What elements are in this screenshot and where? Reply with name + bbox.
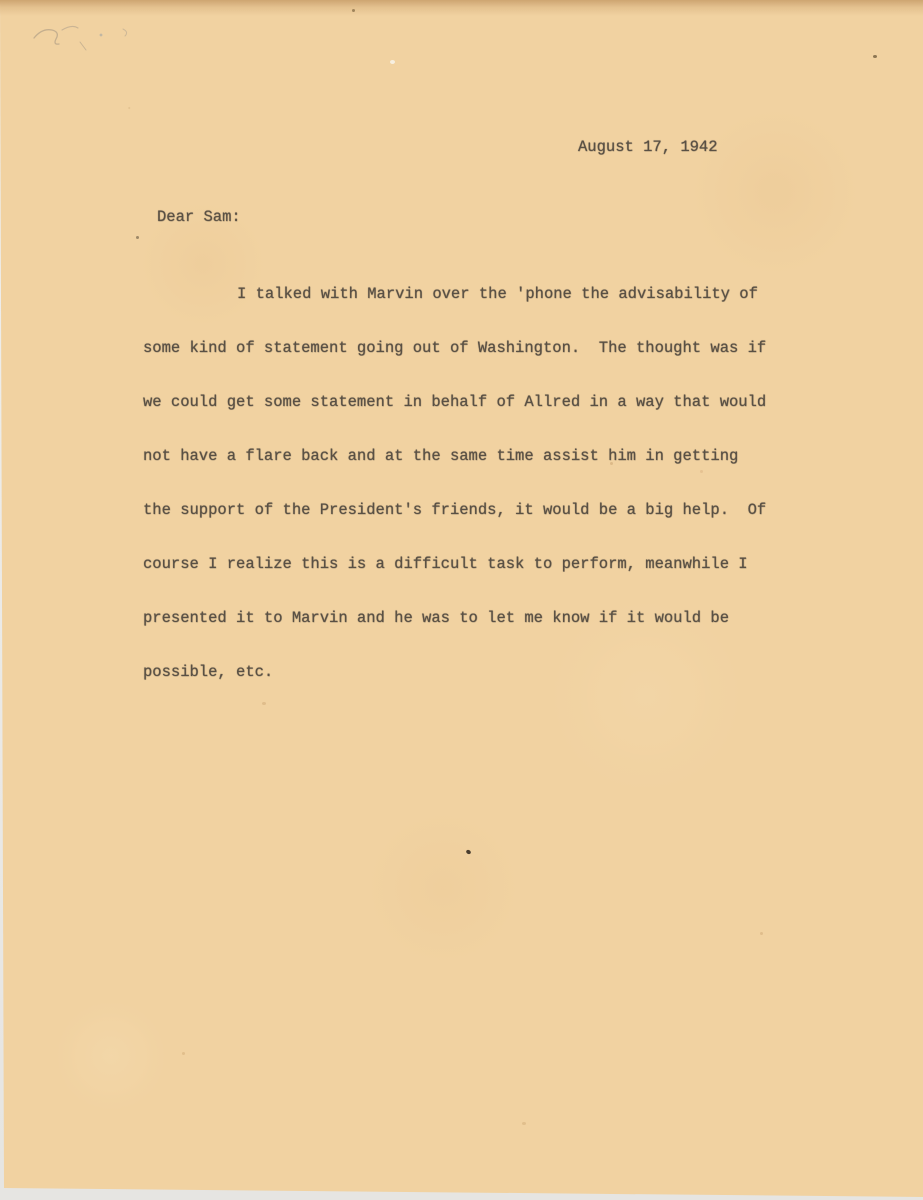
body-line: course I realize this is a difficult tas… <box>143 555 766 573</box>
paper-fleck <box>760 932 763 935</box>
pencil-scribble-icon <box>28 12 148 60</box>
body-line: presented it to Marvin and he was to let… <box>143 609 766 627</box>
body-line: we could get some statement in behalf of… <box>143 393 766 411</box>
paper-fleck <box>522 1122 526 1125</box>
body-line: possible, etc. <box>143 663 766 681</box>
letter-salutation: Dear Sam: <box>157 208 241 226</box>
letter-body: I talked with Marvin over the 'phone the… <box>143 249 766 717</box>
body-line: the support of the President's friends, … <box>143 501 766 519</box>
ink-speck <box>873 55 877 58</box>
scan-background: { "colors": { "paper": "#f1d2a1", "ink":… <box>0 0 923 1200</box>
paper-fleck <box>390 60 395 64</box>
ink-speck <box>465 849 471 855</box>
body-line: some kind of statement going out of Wash… <box>143 339 766 357</box>
paper-fleck <box>182 1052 185 1055</box>
ink-speck <box>352 9 355 12</box>
letter-page: August 17, 1942 Dear Sam: I talked with … <box>0 0 923 1200</box>
ink-speck <box>136 236 139 239</box>
body-line: not have a flare back and at the same ti… <box>143 447 766 465</box>
body-line: I talked with Marvin over the 'phone the… <box>143 285 766 303</box>
letter-date: August 17, 1942 <box>578 138 718 156</box>
